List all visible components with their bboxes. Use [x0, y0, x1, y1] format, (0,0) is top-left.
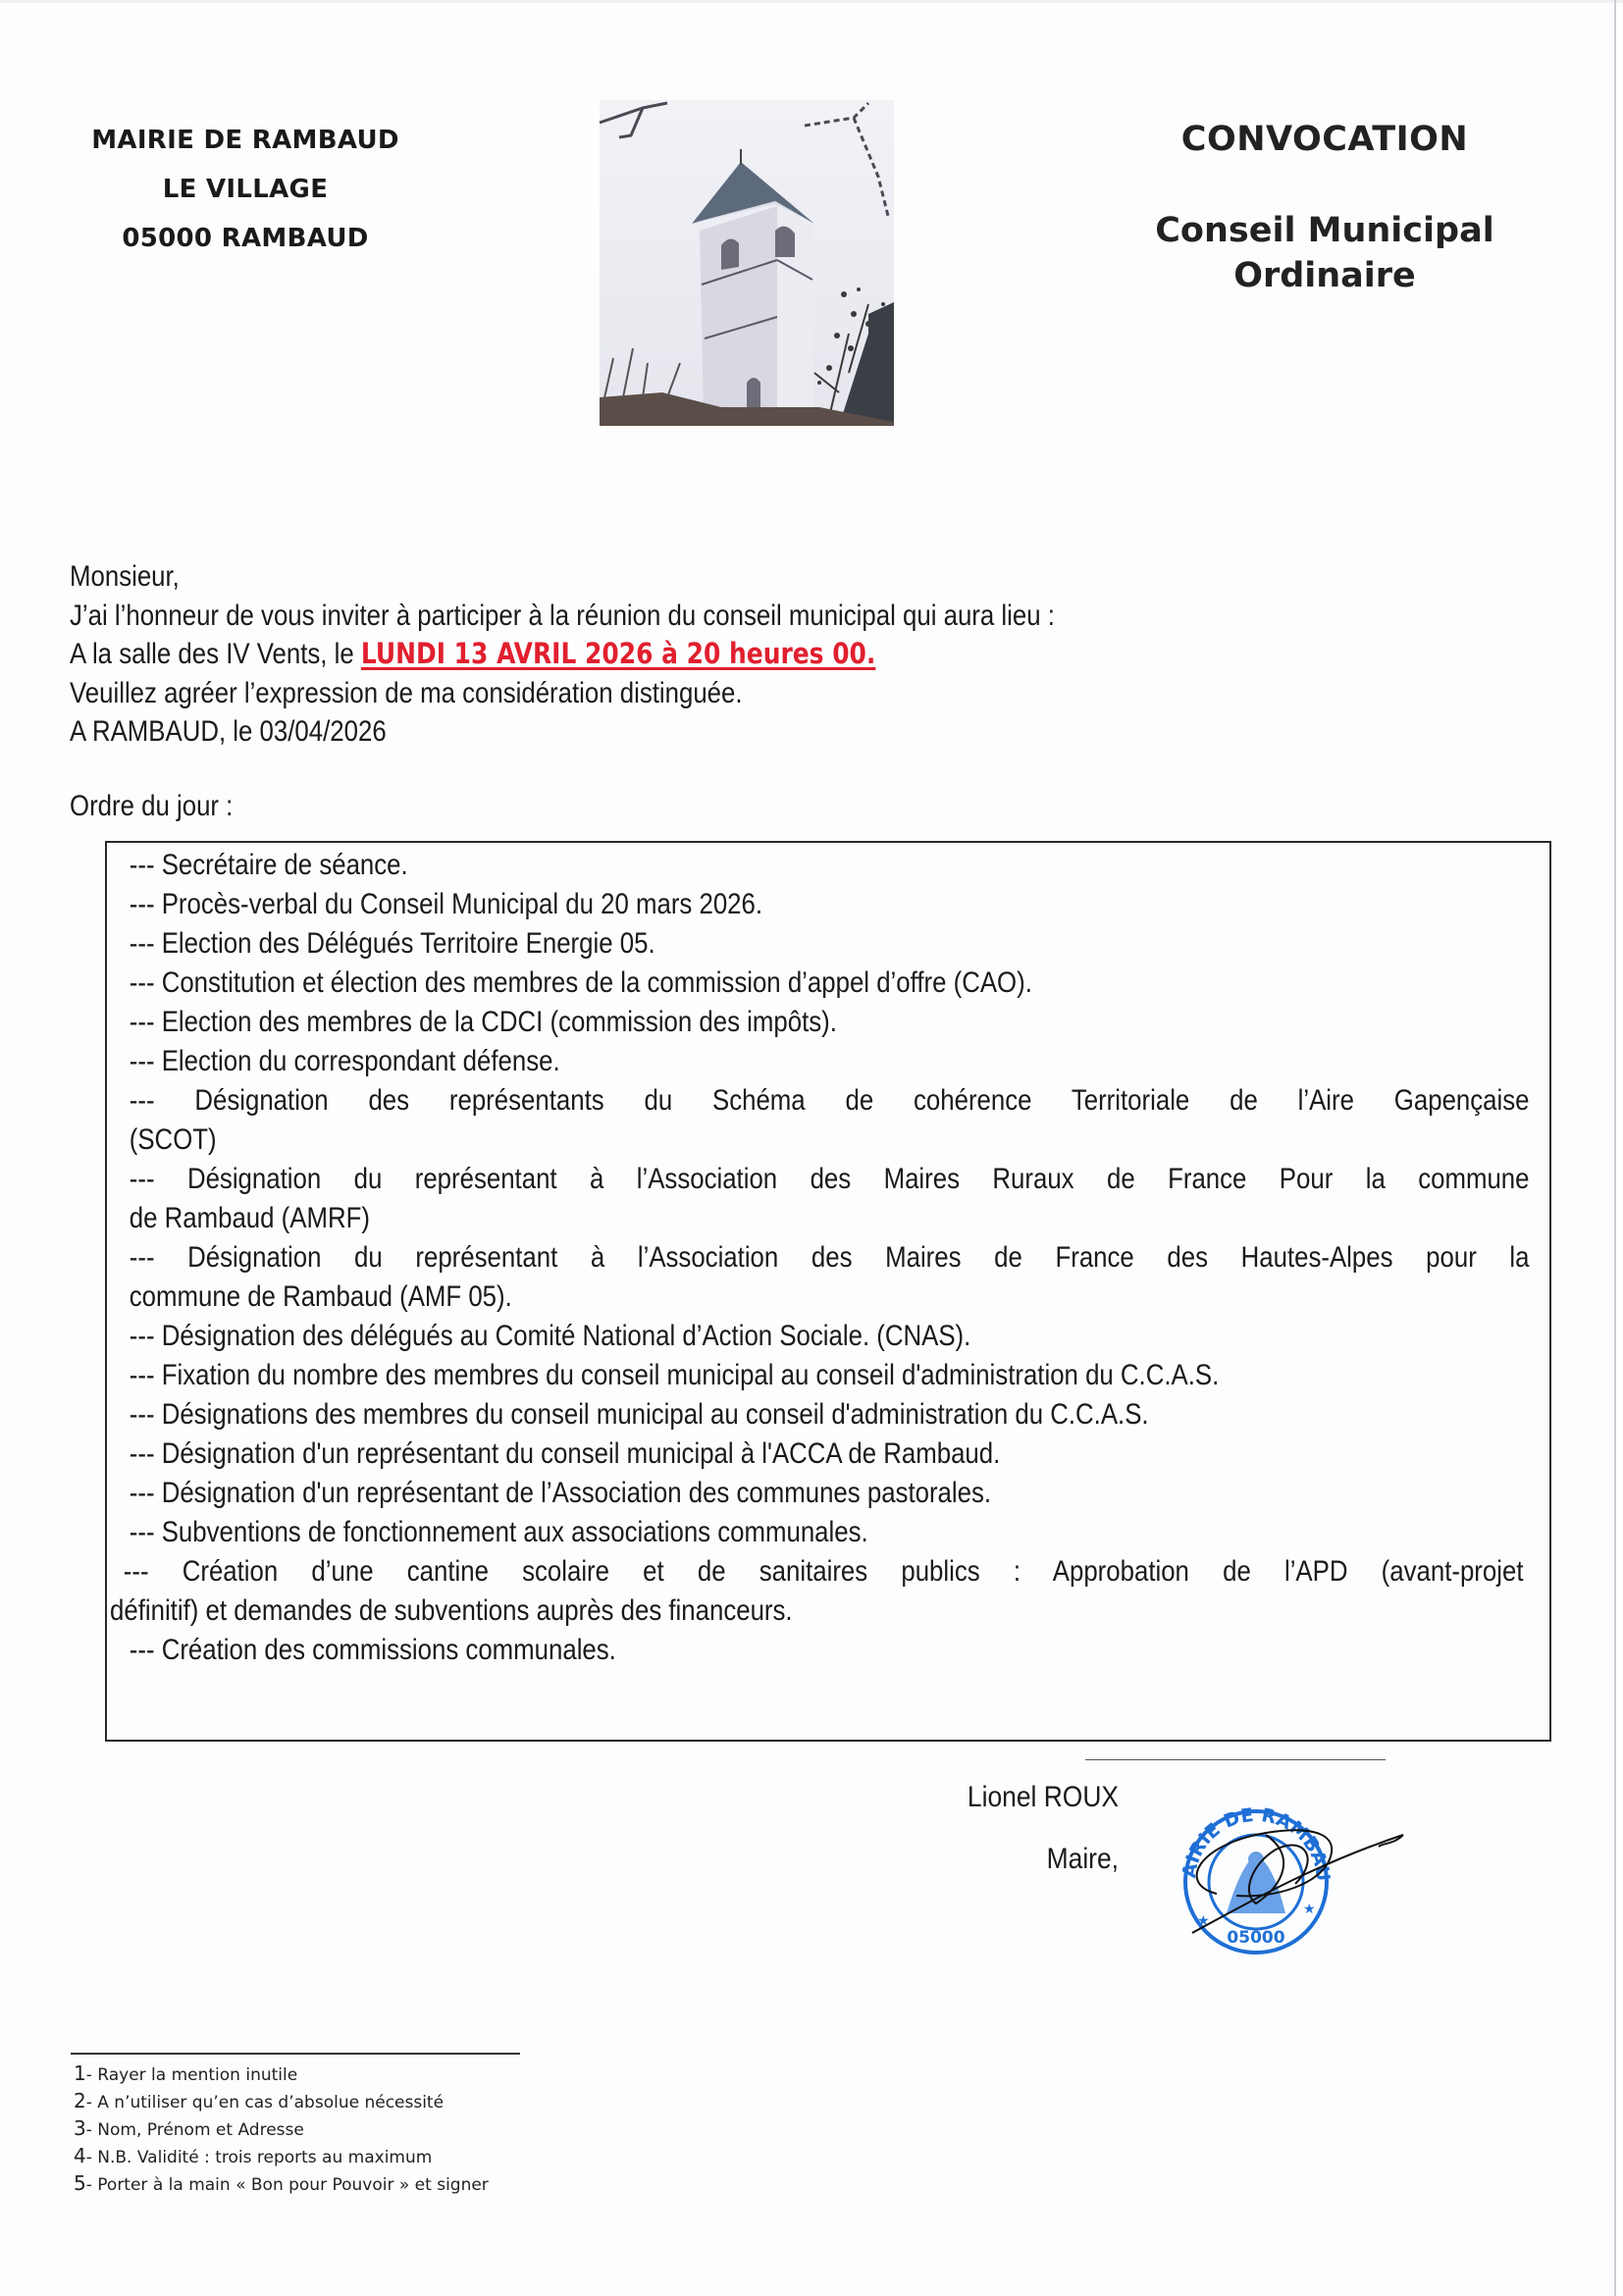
agenda-item-line: commune de Rambaud (AMF 05). [116, 1280, 512, 1313]
bell-tower-photo [574, 78, 913, 442]
location-text: A la salle des IV Vents, le [70, 638, 361, 670]
agenda-item: --- Election des membres de la CDCI (com… [116, 1003, 1539, 1042]
footnote-text: - N.B. Validité : trois reports au maxim… [86, 2148, 433, 2167]
agenda-item: --- Subventions de fonctionnement aux as… [116, 1513, 1539, 1552]
meeting-type: Conseil Municipal Ordinaire [1119, 208, 1531, 298]
agenda-item-line: de Rambaud (AMRF) [116, 1202, 370, 1234]
salutation: Monsieur, [70, 557, 1335, 597]
agenda-item: --- Procès-verbal du Conseil Municipal d… [116, 885, 1539, 924]
meeting-type-line-2: Ordinaire [1119, 253, 1531, 298]
agenda-item: --- Création des commissions communales. [116, 1631, 1539, 1670]
scan-border-right [1614, 0, 1616, 2296]
agenda-item-line: (SCOT) [116, 1123, 217, 1156]
organization-address: MAIRIE DE RAMBAUD LE VILLAGE 05000 RAMBA… [59, 116, 432, 263]
agenda-item: --- Election du correspondant défense. [116, 1042, 1539, 1081]
footnote-text: - Porter à la main « Bon pour Pouvoir » … [86, 2175, 489, 2195]
footnote-item: 1- Rayer la mention inutile [74, 2061, 489, 2088]
footnote-text: - A n’utiliser qu’en cas d’absolue néces… [86, 2093, 444, 2113]
footnotes: 1- Rayer la mention inutile2- A n’utilis… [74, 2061, 489, 2198]
invitation-text: J’ai l’honneur de vous inviter à partici… [70, 597, 1335, 636]
stamp-bottom-text: 05000 [1227, 1928, 1284, 1948]
footnote-item: 2- A n’utiliser qu’en cas d’absolue néce… [74, 2088, 489, 2115]
footnote-number: 5 [74, 2171, 86, 2195]
agenda-item: --- Election des Délégués Territoire Ene… [116, 924, 1539, 964]
footnote-number: 4 [74, 2144, 86, 2167]
footnote-item: 3- Nom, Prénom et Adresse [74, 2115, 489, 2143]
agenda-list: --- Secrétaire de séance.--- Procès-verb… [116, 846, 1529, 1670]
meeting-date-time: LUNDI 13 AVRIL 2026 à 20 heures 00. [361, 637, 876, 670]
signature-line [1085, 1759, 1386, 1760]
svg-text:★: ★ [1303, 1902, 1316, 1917]
closing-text: Veuillez agréer l’expression de ma consi… [70, 674, 1335, 713]
org-street: LE VILLAGE [59, 165, 432, 214]
scan-border-top [0, 0, 1623, 3]
agenda-item-line: --- Création d’une cantine scolaire et d… [110, 1552, 1524, 1592]
org-name: MAIRIE DE RAMBAUD [59, 116, 432, 165]
official-stamp: MAIRIE DE RAMBAUD 05000 ★ ★ [1158, 1766, 1452, 2002]
footnote-text: - Nom, Prénom et Adresse [86, 2120, 304, 2140]
signatory-name: Lionel ROUX [912, 1781, 1119, 1814]
agenda-item: --- Désignation des délégués au Comité N… [116, 1317, 1539, 1356]
footnote-item: 5- Porter à la main « Bon pour Pouvoir »… [74, 2170, 489, 2198]
footnote-text: - Rayer la mention inutile [86, 2065, 297, 2085]
footnote-number: 2 [74, 2089, 86, 2113]
footnote-number: 3 [74, 2116, 86, 2140]
place-and-date: A RAMBAUD, le 03/04/2026 [70, 712, 1335, 752]
agenda-item-line: --- Désignation du représentant à l’Asso… [116, 1160, 1530, 1199]
agenda-item: --- Désignation d'un représentant du con… [116, 1435, 1539, 1474]
agenda-item: --- Secrétaire de séance. [116, 846, 1539, 885]
signatory-title: Maire, [912, 1843, 1119, 1876]
footnote-item: 4- N.B. Validité : trois reports au maxi… [74, 2143, 489, 2170]
footnote-separator [71, 2053, 520, 2055]
meeting-type-line-1: Conseil Municipal [1119, 208, 1531, 253]
agenda-item: --- Désignation d'un représentant de l’A… [116, 1474, 1539, 1513]
agenda-item-line: --- Désignation du représentant à l’Asso… [116, 1238, 1530, 1278]
meeting-location-line: A la salle des IV Vents, le LUNDI 13 AVR… [70, 635, 1335, 674]
agenda-item-line: --- Désignation des représentants du Sch… [116, 1081, 1530, 1121]
agenda-item: --- Constitution et élection des membres… [116, 964, 1539, 1003]
document-title: CONVOCATION [1119, 116, 1531, 163]
agenda-item: --- Désignations des membres du conseil … [116, 1395, 1539, 1435]
agenda-item: --- Désignation du représentant à l’Asso… [116, 1160, 1530, 1238]
letter-body: Monsieur, J’ai l’honneur de vous inviter… [70, 557, 1335, 825]
agenda-item: --- Désignation des représentants du Sch… [116, 1081, 1530, 1160]
org-city: 05000 RAMBAUD [59, 214, 432, 263]
agenda-item: --- Création d’une cantine scolaire et d… [110, 1552, 1524, 1631]
agenda-item: --- Fixation du nombre des membres du co… [116, 1356, 1539, 1395]
agenda-label: Ordre du jour : [70, 787, 1335, 826]
document-title-block: CONVOCATION Conseil Municipal Ordinaire [1119, 116, 1531, 298]
footnote-number: 1 [74, 2061, 86, 2085]
agenda-item: --- Désignation du représentant à l’Asso… [116, 1238, 1530, 1317]
agenda-item-line: définitif) et demandes de subventions au… [110, 1594, 793, 1627]
